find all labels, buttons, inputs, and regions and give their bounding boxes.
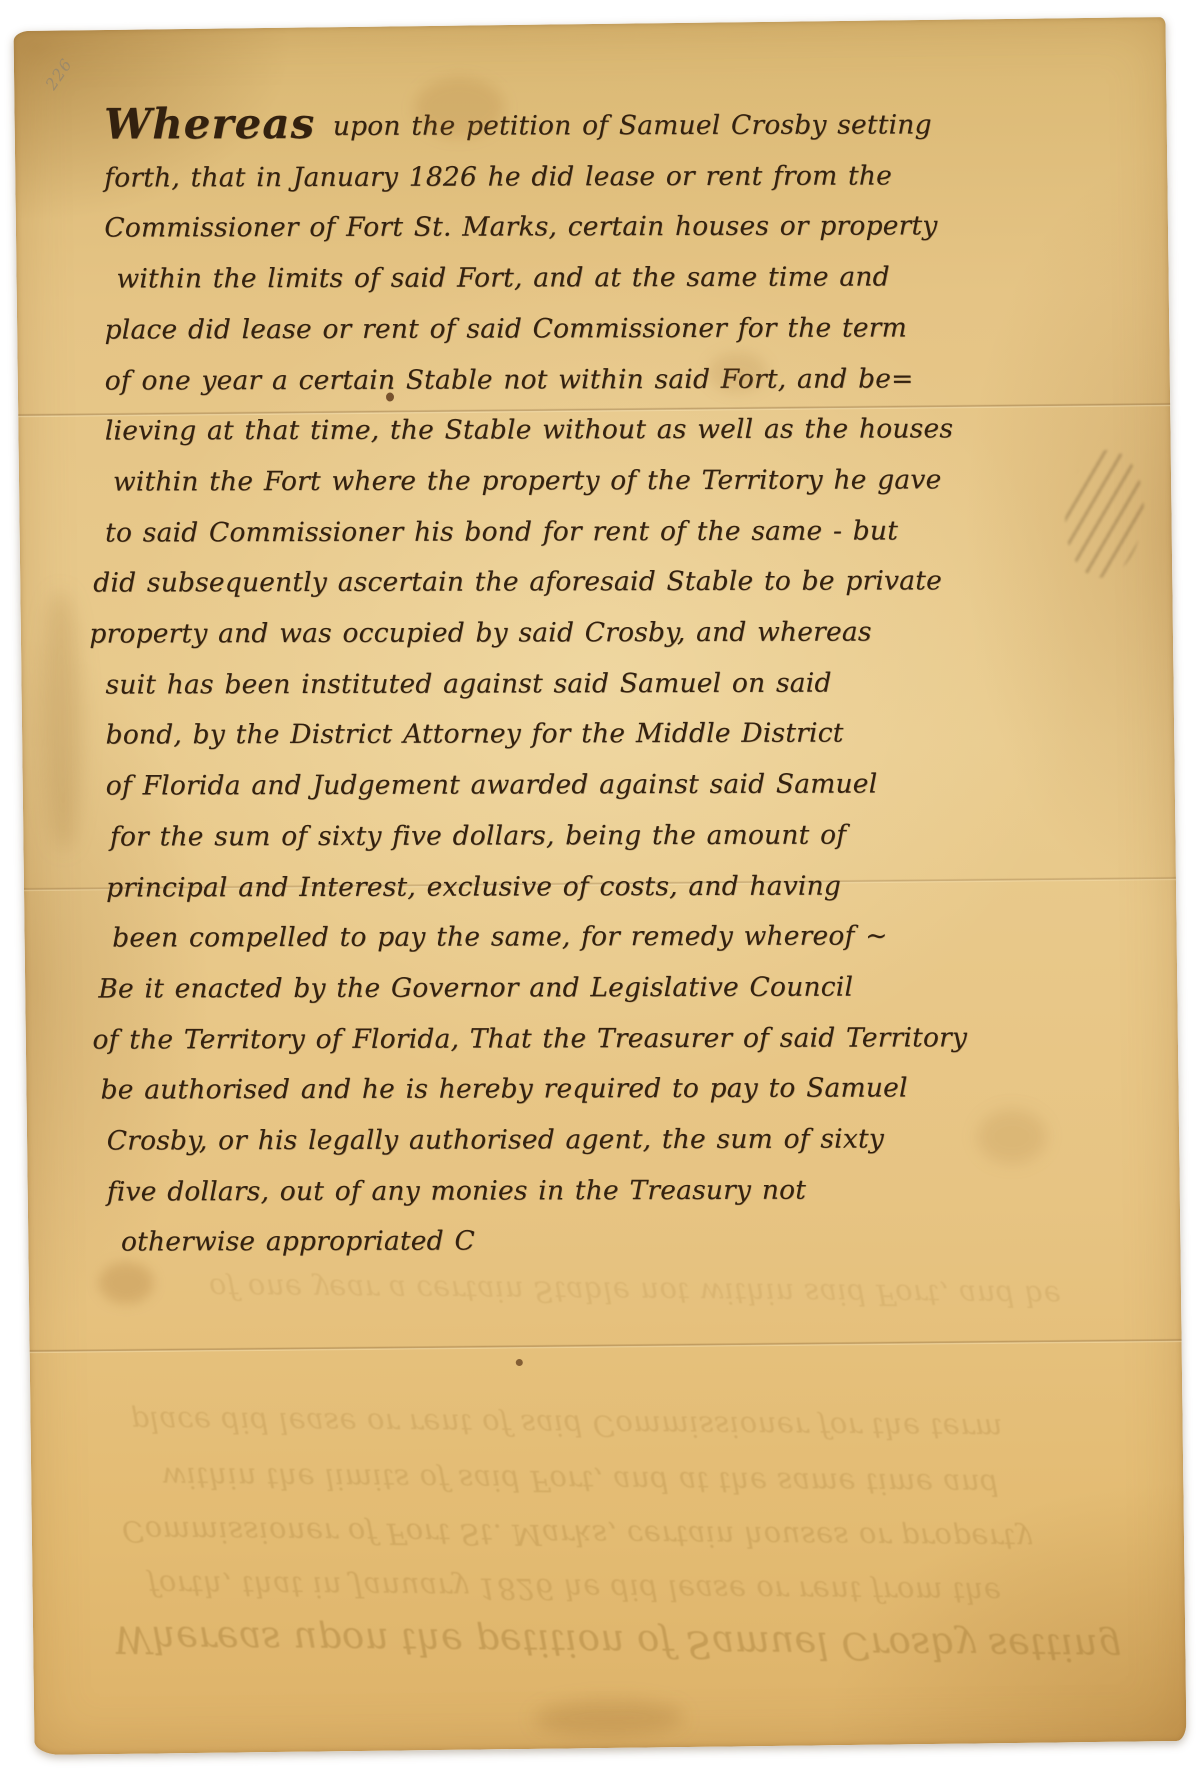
opening-word: Whereas <box>104 99 333 149</box>
paper-stain <box>99 1261 155 1304</box>
manuscript-line: been compelled to pay the same, for reme… <box>112 911 1046 964</box>
manuscript-line: Crosby, or his legally authorised agent,… <box>107 1114 1047 1167</box>
bleedthrough-line: within the limits of said Fort, and at t… <box>161 1461 999 1502</box>
manuscript-line: Whereas upon the petition of Samuel Cros… <box>104 97 1044 153</box>
manuscript-line: property and was occupied by said Crosby… <box>89 607 1045 660</box>
manuscript-line: suit has been instituted against said Sa… <box>105 658 1045 711</box>
manuscript-line: otherwise appropriated C <box>121 1216 1047 1269</box>
manuscript-line: forth, that in January 1826 he did lease… <box>104 151 1044 204</box>
manuscript-lines: Whereas upon the petition of Samuel Cros… <box>104 97 1047 1269</box>
manuscript-line: Commissioner of Fort St. Marks, certain … <box>104 201 1044 254</box>
manuscript-line: lieving at that time, the Stable without… <box>105 404 1045 457</box>
manuscript-line: principal and Interest, exclusive of cos… <box>106 861 1046 914</box>
manuscript-line: of the Territory of Florida, That the Tr… <box>92 1013 1046 1066</box>
manuscript-page: 226 Whereas upon the petition of Samuel … <box>14 17 1187 1755</box>
scan-background: 226 Whereas upon the petition of Samuel … <box>0 0 1200 1772</box>
manuscript-line: did subsequently ascertain the aforesaid… <box>93 556 1045 609</box>
bleedthrough-line: forth, that in January 1826 he did lease… <box>147 1569 1001 1610</box>
manuscript-line: Be it enacted by the Governor and Legisl… <box>98 962 1046 1015</box>
manuscript-line: place did lease or rent of said Commissi… <box>105 303 1045 356</box>
manuscript-line: within the limits of said Fort, and at t… <box>116 252 1044 305</box>
paper-stain <box>40 590 83 850</box>
bleedthrough-line: of one year a certain Stable not within … <box>209 1272 1062 1313</box>
ink-speck <box>516 1359 523 1366</box>
bleedthrough-line: Whereas upon the petition of Samuel Cros… <box>113 1617 1122 1669</box>
manuscript-line: be authorised and he is hereby required … <box>101 1063 1047 1116</box>
manuscript-line: five dollars, out of any monies in the T… <box>107 1165 1047 1218</box>
bleedthrough-line: place did lease or rent of said Commissi… <box>130 1405 1002 1447</box>
paper-stain <box>534 1699 684 1737</box>
bleedthrough-line: Commissioner of Fort St. Marks, certain … <box>122 1514 1033 1556</box>
manuscript-line: to said Commissioner his bond for rent o… <box>105 506 1045 559</box>
manuscript-line: for the sum of sixty five dollars, being… <box>110 810 1046 863</box>
manuscript-line: bond, by the District Attorney for the M… <box>106 708 1046 761</box>
ink-smudge <box>1060 446 1149 581</box>
manuscript-line: of Florida and Judgement awarded against… <box>106 759 1046 812</box>
manuscript-line: within the Fort where the property of th… <box>113 455 1045 508</box>
pencil-note: 226 <box>42 55 77 93</box>
fold-crease-bottom <box>30 1338 1182 1353</box>
ink-speck <box>386 392 394 401</box>
manuscript-line: of one year a certain Stable not within … <box>105 354 1045 407</box>
